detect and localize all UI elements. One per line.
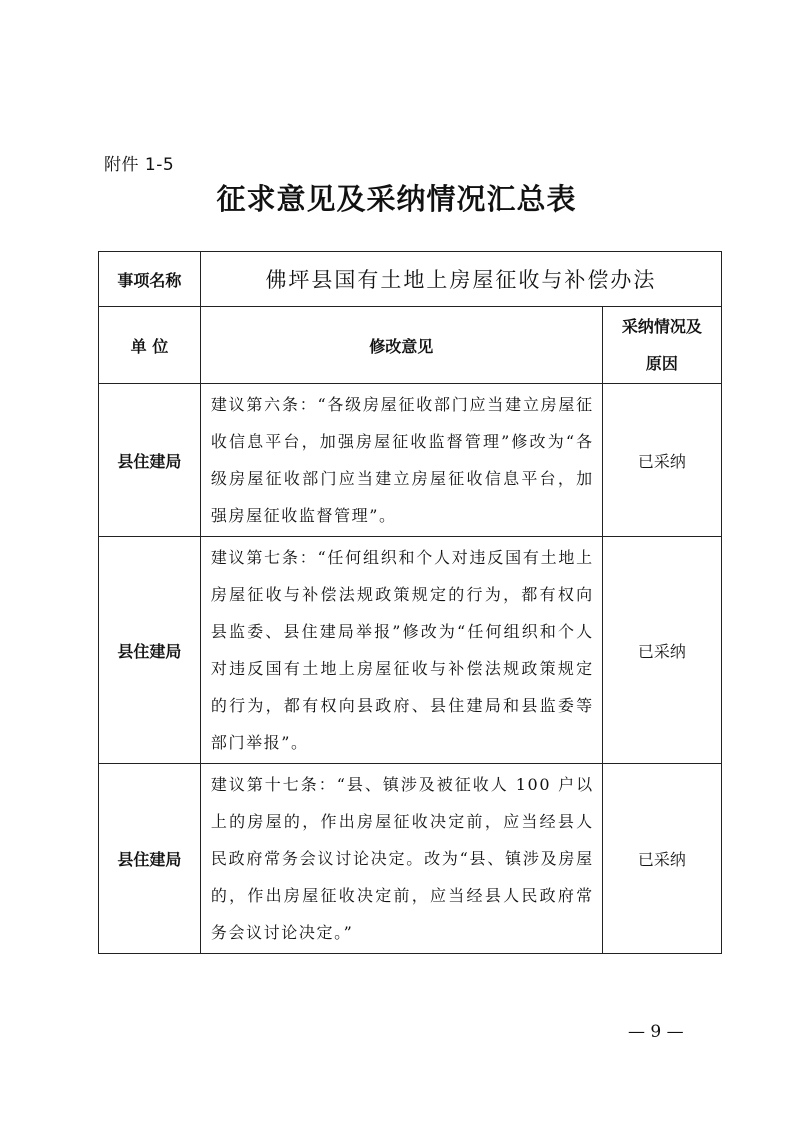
table-row: 县住建局 建议第十七条：“县、镇涉及被征收人 100 户以上的房屋的，作出房屋征… [99,764,722,954]
row-unit: 县住建局 [99,764,201,954]
item-name-label: 事项名称 [99,252,201,307]
header-opinion: 修改意见 [200,307,602,384]
row-opinion: 建议第六条：“各级房屋征收部门应当建立房屋征收信息平台，加强房屋征收监督管理”修… [200,384,602,537]
header-adoption-line2: 原因 [603,345,721,382]
row-unit: 县住建局 [99,537,201,764]
table-row: 县住建局 建议第六条：“各级房屋征收部门应当建立房屋征收信息平台，加强房屋征收监… [99,384,722,537]
row-status: 已采纳 [602,384,721,537]
item-name-value: 佛坪县国有土地上房屋征收与补偿办法 [200,252,721,307]
header-adoption-line1: 采纳情况及 [603,308,721,345]
row-status: 已采纳 [602,537,721,764]
row-opinion: 建议第七条：“任何组织和个人对违反国有土地上房屋征收与补偿法规政策规定的行为，都… [200,537,602,764]
row-unit: 县住建局 [99,384,201,537]
header-unit: 单 位 [99,307,201,384]
annex-label: 附件 1-5 [104,150,174,175]
item-name-row: 事项名称 佛坪县国有土地上房屋征收与补偿办法 [99,252,722,307]
table-row: 县住建局 建议第七条：“任何组织和个人对违反国有土地上房屋征收与补偿法规政策规定… [99,537,722,764]
row-opinion: 建议第十七条：“县、镇涉及被征收人 100 户以上的房屋的，作出房屋征收决定前，… [200,764,602,954]
header-row: 单 位 修改意见 采纳情况及 原因 [99,307,722,384]
row-status: 已采纳 [602,764,721,954]
header-adoption: 采纳情况及 原因 [602,307,721,384]
page-number: — 9 — [628,1022,684,1042]
document-title: 征求意见及采纳情况汇总表 [0,177,793,218]
opinion-summary-table: 事项名称 佛坪县国有土地上房屋征收与补偿办法 单 位 修改意见 采纳情况及 原因… [98,251,722,954]
